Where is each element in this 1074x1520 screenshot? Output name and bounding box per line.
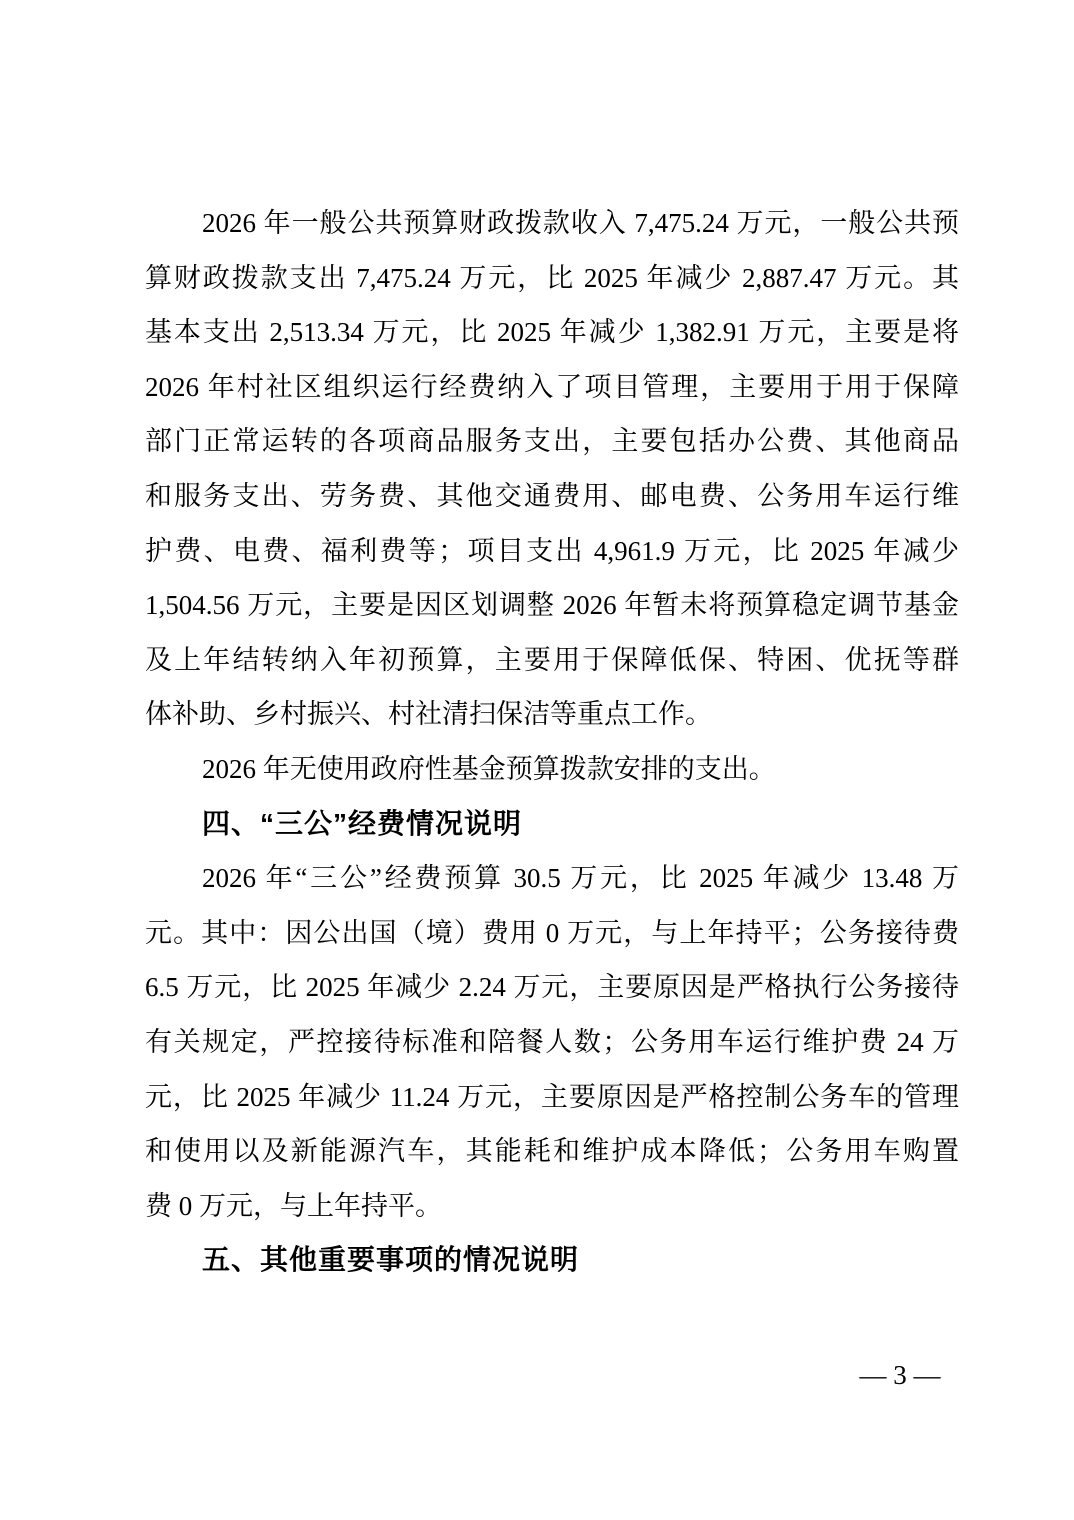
section-heading: 五、其他重要事项的情况说明 xyxy=(145,1233,959,1288)
text-line: 部门正常运转的各项商品服务支出，主要包括办公费、其他商品 xyxy=(145,414,959,469)
paragraph: 2026 年“三公”经费预算 30.5 万元，比 2025 年减少 13.48 … xyxy=(145,851,959,1233)
document-page: 2026 年一般公共预算财政拨款收入 7,475.24 万元，一般公共预算财政拨… xyxy=(0,0,1074,1520)
text-line: 体补助、乡村振兴、村社清扫保洁等重点工作。 xyxy=(145,687,959,742)
text-line: 2026 年村社区组织运行经费纳入了项目管理，主要用于用于保障 xyxy=(145,360,959,415)
text-line: 五、其他重要事项的情况说明 xyxy=(145,1233,959,1288)
text-line: 1,504.56 万元，主要是因区划调整 2026 年暂未将预算稳定调节基金 xyxy=(145,578,959,633)
text-line: 2026 年一般公共预算财政拨款收入 7,475.24 万元，一般公共预 xyxy=(145,196,959,251)
text-line: 和使用以及新能源汽车，其能耗和维护成本降低；公务用车购置 xyxy=(145,1124,959,1179)
paragraph: 2026 年无使用政府性基金预算拨款安排的支出。 xyxy=(145,742,959,797)
text-line: 元。其中：因公出国（境）费用 0 万元，与上年持平；公务接待费 xyxy=(145,906,959,961)
text-line: 费 0 万元，与上年持平。 xyxy=(145,1179,959,1234)
text-line: 基本支出 2,513.34 万元，比 2025 年减少 1,382.91 万元，… xyxy=(145,305,959,360)
text-line: 和服务支出、劳务费、其他交通费用、邮电费、公务用车运行维 xyxy=(145,469,959,524)
text-line: 2026 年“三公”经费预算 30.5 万元，比 2025 年减少 13.48 … xyxy=(145,851,959,906)
text-line: 护费、电费、福利费等；项目支出 4,961.9 万元，比 2025 年减少 xyxy=(145,524,959,579)
text-line: 算财政拨款支出 7,475.24 万元，比 2025 年减少 2,887.47 … xyxy=(145,251,959,306)
paragraph: 2026 年一般公共预算财政拨款收入 7,475.24 万元，一般公共预算财政拨… xyxy=(145,196,959,742)
text-line: 2026 年无使用政府性基金预算拨款安排的支出。 xyxy=(145,742,959,797)
text-line: 有关规定，严控接待标准和陪餐人数；公务用车运行维护费 24 万 xyxy=(145,1015,959,1070)
text-line: 及上年结转纳入年初预算，主要用于保障低保、特困、优抚等群 xyxy=(145,633,959,688)
text-line: 6.5 万元，比 2025 年减少 2.24 万元，主要原因是严格执行公务接待 xyxy=(145,960,959,1015)
document-body: 2026 年一般公共预算财政拨款收入 7,475.24 万元，一般公共预算财政拨… xyxy=(145,196,959,1288)
text-line: 四、“三公”经费情况说明 xyxy=(145,797,959,852)
page-number: — 3 — xyxy=(840,1360,960,1391)
text-line: 元，比 2025 年减少 11.24 万元，主要原因是严格控制公务车的管理 xyxy=(145,1070,959,1125)
section-heading: 四、“三公”经费情况说明 xyxy=(145,797,959,852)
